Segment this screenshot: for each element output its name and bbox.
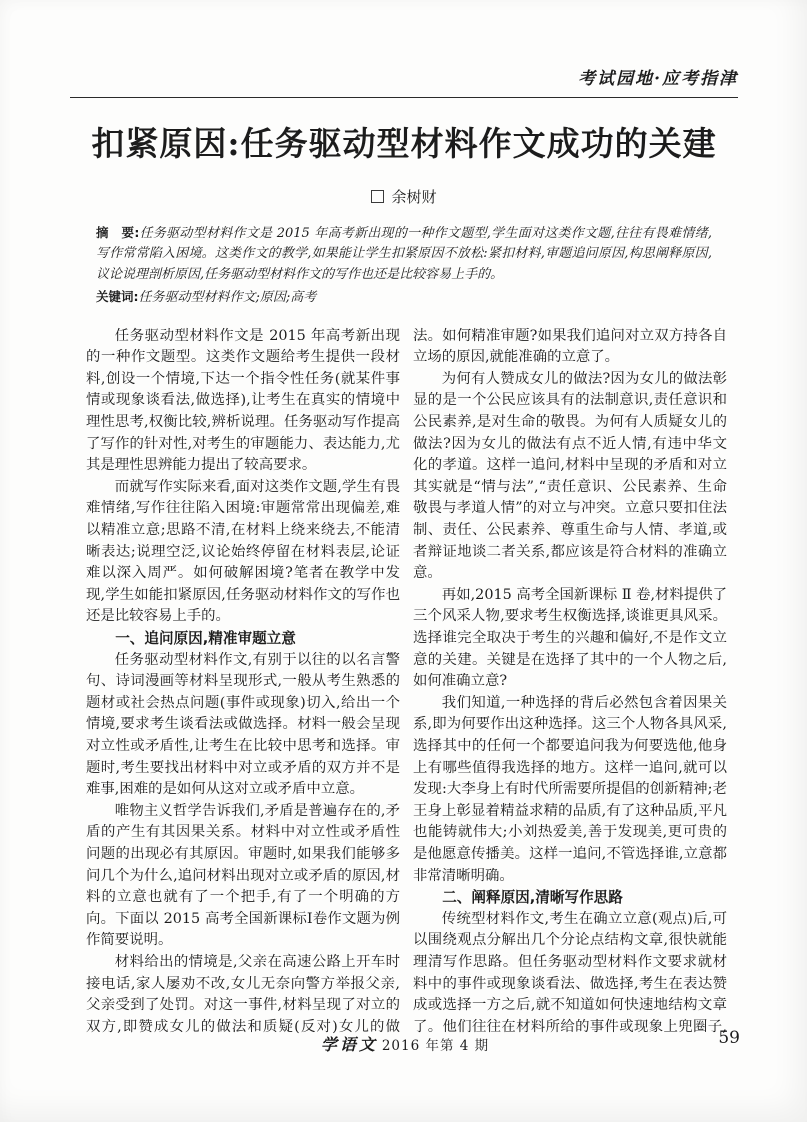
keywords-label: 关键词: — [96, 289, 139, 304]
section-heading-2: 二、阐释原因,清晰写作思路 — [413, 887, 727, 909]
section-heading-1: 一、追问原因,精准审题立意 — [86, 628, 400, 650]
paragraph: 而就写作实际来看,面对这类作文题,学生有畏难情绪,写作往往陷入困境:审题常常出现… — [86, 477, 400, 628]
paragraph: 唯物主义哲学告诉我们,矛盾是普遍存在的,矛盾的产生有其因果关系。材料中对立性或矛… — [86, 801, 400, 952]
abstract: 摘 要:任务驱动型材料作文是 2015 年高考新出现的一种作文题型,学生面对这类… — [96, 223, 712, 286]
paragraph: 任务驱动型材料作文是 2015 年高考新出现的一种作文题型。这类作文题给考生提供… — [86, 326, 400, 477]
page-number: 59 — [718, 1028, 740, 1048]
abstract-label: 摘 要: — [96, 225, 139, 240]
keywords-text: 任务驱动型材料作文;原因;高考 — [139, 290, 317, 305]
section-label: 考试园地·应考指津 — [578, 69, 738, 89]
paragraph: 任务驱动型材料作文,有别于以往的以名言警句、诗词漫画等材料呈现形式,一般从考生熟… — [86, 650, 400, 801]
page-content: 考试园地·应考指津 扣紧原因:任务驱动型材料作文成功的关建 余树财 摘 要:任务… — [70, 0, 738, 1072]
article-title: 扣紧原因:任务驱动型材料作文成功的关建 — [70, 124, 738, 164]
keywords: 关键词:任务驱动型材料作文;原因;高考 — [96, 287, 712, 309]
journal-name: 学语文 — [321, 1035, 378, 1054]
page-footer: 学语文2016 年第 4 期 59 — [70, 1032, 740, 1056]
author-name: 余树财 — [391, 188, 436, 206]
author-line: 余树财 — [70, 186, 738, 207]
journal-credit: 学语文2016 年第 4 期 — [70, 1032, 740, 1055]
journal-issue: 2016 年第 4 期 — [382, 1038, 489, 1054]
author-marker-icon — [371, 190, 384, 203]
journal-page: 考试园地·应考指津 扣紧原因:任务驱动型材料作文成功的关建 余树财 摘 要:任务… — [0, 0, 807, 1122]
running-head: 考试园地·应考指津 — [70, 0, 738, 98]
abstract-text: 任务驱动型材料作文是 2015 年高考新出现的一种作文题型,学生面对这类作文题,… — [96, 226, 712, 282]
paragraph: 再如,2015 高考全国新课标 Ⅱ 卷,材料提供了三个风采人物,要求考生权衡选择… — [413, 585, 727, 693]
paragraph: 我们知道,一种选择的背后必然包含着因果关系,即为何要作出这种选择。这三个人物各具… — [413, 693, 727, 887]
paragraph: 为何有人赞成女儿的做法?因为女儿的做法彰显的是一个公民应该具有的法制意识,责任意… — [413, 369, 727, 585]
article-body: 任务驱动型材料作文是 2015 年高考新出现的一种作文题型。这类作文题给考生提供… — [86, 326, 727, 1072]
